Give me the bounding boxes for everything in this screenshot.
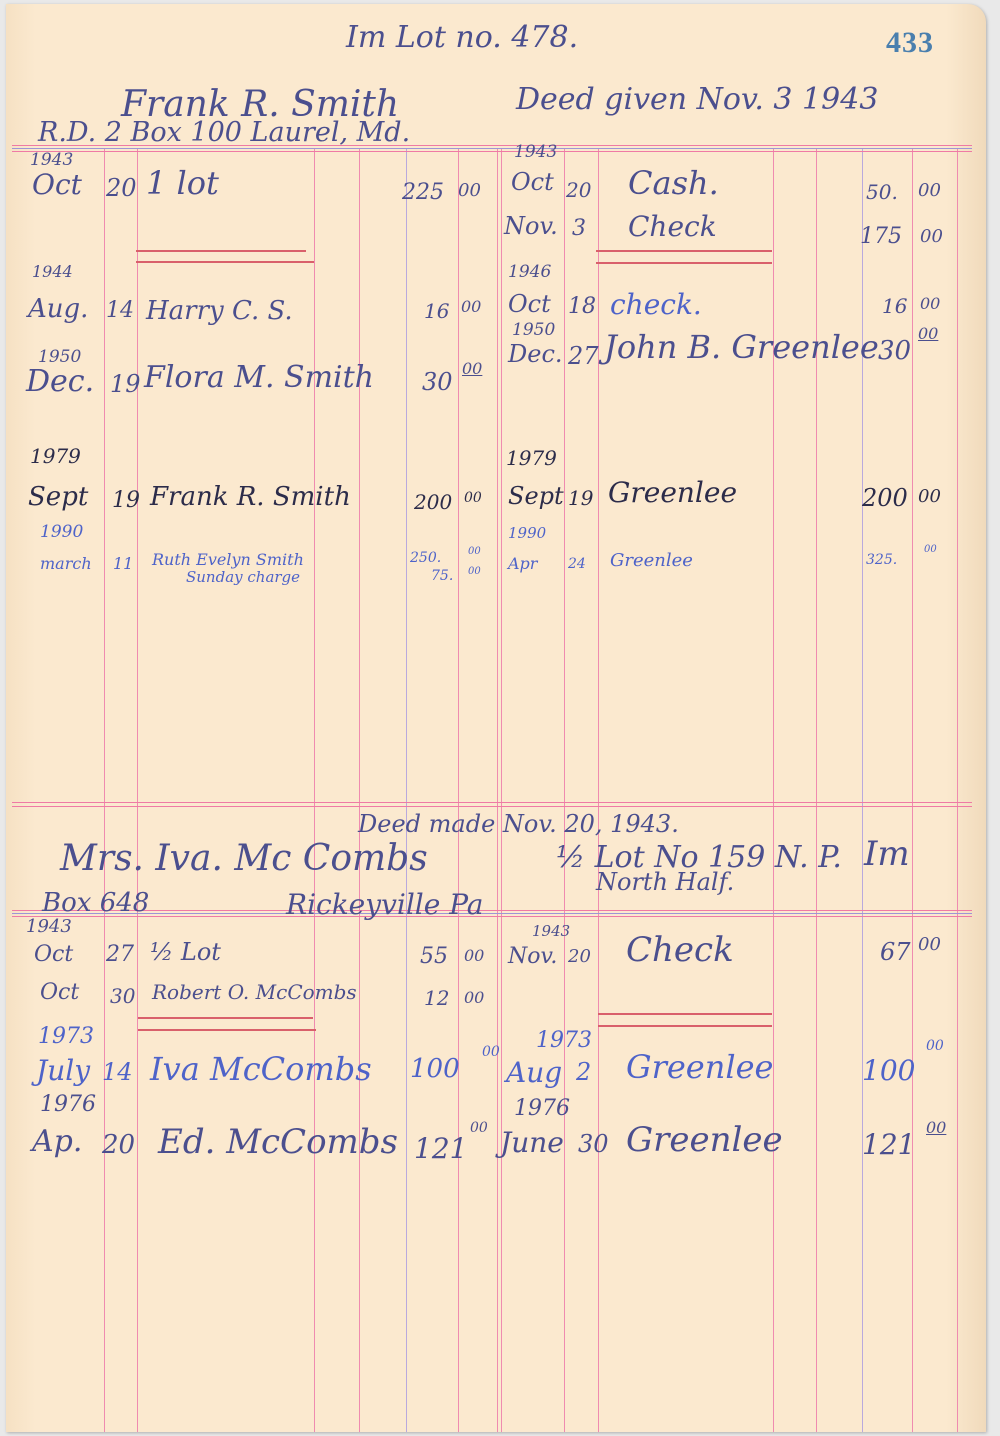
total-rule xyxy=(136,250,306,252)
entry-day: 27 xyxy=(106,942,134,967)
entry-description: Ed. McCombs xyxy=(158,1122,398,1162)
entry-amount: 225 xyxy=(402,180,444,205)
entry-description: Check xyxy=(626,930,734,970)
entry-cents: 00 xyxy=(458,180,481,201)
entry-amount: 16 xyxy=(424,299,449,323)
entry-day: 24 xyxy=(568,556,586,572)
entry-month: Apr xyxy=(508,554,537,573)
total-rule xyxy=(598,1013,772,1015)
entry-year: 1979 xyxy=(30,444,81,468)
entry-amount: 250. xyxy=(410,550,441,566)
entry-day: 19 xyxy=(112,488,140,513)
entry-year: 1943 xyxy=(514,142,557,162)
entry-amount: 200 xyxy=(862,484,908,512)
entry-cents: 00 xyxy=(924,544,937,555)
entry-amount: 30 xyxy=(422,368,453,396)
entry-month: Oct xyxy=(511,168,554,196)
entry-year: 1950 xyxy=(512,320,555,340)
entry-year: 1943 xyxy=(26,916,72,937)
entry-day: 19 xyxy=(110,370,141,398)
entry-cents: 00 xyxy=(926,1118,946,1137)
entry-month: Aug xyxy=(506,1056,562,1089)
entry-description: ½ Lot xyxy=(150,938,221,966)
entry-cents: 00 xyxy=(918,486,941,507)
lot-label: Im Lot no. 478. xyxy=(346,20,578,55)
entry-cents: 00 xyxy=(462,359,482,378)
entry-year: 1973 xyxy=(38,1024,94,1049)
owner-name: Mrs. Iva. Mc Combs xyxy=(60,838,428,879)
entry-month: march xyxy=(40,554,92,573)
entry-month: Oct xyxy=(34,942,73,967)
entry-description: Frank R. Smith xyxy=(150,482,351,512)
entry-month: Sept xyxy=(508,482,564,510)
entry-year: 1976 xyxy=(40,1092,96,1117)
entry-day: 14 xyxy=(102,1058,133,1086)
entry-day: 14 xyxy=(106,298,134,323)
entry-cents: 00 xyxy=(920,294,940,313)
entry-amount: 16 xyxy=(882,294,907,318)
entry-amount: 175 xyxy=(860,224,902,249)
entry-day: 18 xyxy=(568,294,596,319)
entry-description: Greenlee xyxy=(610,550,693,571)
entry-month: Sept xyxy=(28,482,88,512)
entry-month: Oct xyxy=(508,290,551,318)
entry-cents: 00 xyxy=(918,934,941,955)
entry-cents: 00 xyxy=(461,297,481,316)
entry-year: 1943 xyxy=(30,150,73,170)
entry-year: 1943 xyxy=(532,922,570,940)
entry-day: 19 xyxy=(568,486,593,510)
entry-description: Greenlee xyxy=(608,476,737,509)
entry-description: Cash. xyxy=(628,164,719,202)
entry-month: Oct xyxy=(40,980,79,1005)
entry-amount: 121 xyxy=(414,1132,467,1165)
entry-amount: 100 xyxy=(862,1054,915,1087)
entry-description: Greenlee xyxy=(626,1120,783,1160)
entry-cents-2: 00 xyxy=(468,566,481,577)
entry-cents: 00 xyxy=(468,546,481,557)
entry-year: 1946 xyxy=(508,262,551,282)
entry-cents: 00 xyxy=(464,988,484,1007)
entry-description-2: Sunday charge xyxy=(186,568,300,586)
entry-day: 30 xyxy=(578,1130,609,1158)
entry-amount-2: 75. xyxy=(431,568,453,584)
entry-description: check. xyxy=(610,288,702,321)
entry-cents: 00 xyxy=(926,1038,944,1054)
entry-cents: 00 xyxy=(918,324,938,343)
entry-amount: 12 xyxy=(424,986,449,1010)
entry-day: 20 xyxy=(106,174,137,202)
entry-month: Nov. xyxy=(508,944,557,969)
entry-cents: 00 xyxy=(464,946,484,965)
entry-year: 1990 xyxy=(40,522,83,542)
entry-amount: 50. xyxy=(866,180,898,204)
entry-day: 11 xyxy=(113,554,133,573)
entry-description: Harry C. S. xyxy=(146,296,293,326)
total-rule xyxy=(138,1017,313,1019)
deed-note: Deed given Nov. 3 1943 xyxy=(516,82,878,117)
entry-month: Aug. xyxy=(28,294,88,324)
entry-cents: 00 xyxy=(918,180,941,201)
entry-amount: 200 xyxy=(414,490,452,514)
total-rule xyxy=(596,262,772,264)
entry-day: 20 xyxy=(102,1130,135,1160)
entry-description: Greenlee xyxy=(626,1048,773,1086)
entry-cents: 00 xyxy=(464,490,482,506)
entry-description: Iva McCombs xyxy=(150,1050,372,1088)
entry-description: John B. Greenlee xyxy=(604,328,879,366)
header-rule-2 xyxy=(12,910,972,918)
entry-month: Nov. xyxy=(504,212,558,240)
total-rule xyxy=(596,250,772,252)
entry-cents: 00 xyxy=(920,226,943,247)
entry-description: Flora M. Smith xyxy=(144,360,374,395)
entry-day: 27 xyxy=(568,342,599,370)
entry-year: 1944 xyxy=(32,262,73,281)
owner-address: R.D. 2 Box 100 Laurel, Md. xyxy=(38,117,410,148)
entry-description: Robert O. McCombs xyxy=(152,980,357,1004)
owner-address-city: Rickeyville Pa xyxy=(286,888,484,921)
entry-year: 1973 xyxy=(536,1028,592,1053)
entry-month: Ap. xyxy=(32,1124,82,1159)
entry-month: June xyxy=(500,1126,564,1159)
entry-year: 1976 xyxy=(514,1096,570,1121)
entry-day: 30 xyxy=(110,984,135,1008)
lot-sub: North Half. xyxy=(596,868,734,896)
ledger-page: 433 Im Lot no. 478. Frank R. Smith Deed … xyxy=(6,4,986,1432)
entry-cents: 00 xyxy=(470,1120,488,1136)
entry-amount: 325. xyxy=(866,552,897,568)
initials: Im xyxy=(864,834,910,874)
entry-year: 1979 xyxy=(506,446,557,470)
entry-day: 2 xyxy=(576,1058,591,1086)
entry-day: 20 xyxy=(566,178,591,202)
deed-note: Deed made Nov. 20, 1943. xyxy=(358,810,679,838)
entry-amount: 55 xyxy=(420,944,448,969)
section-divider-rule xyxy=(12,802,972,810)
entry-month: July xyxy=(36,1054,90,1087)
entry-amount: 30 xyxy=(878,336,911,366)
total-rule xyxy=(136,261,314,263)
owner-address-box: Box 648 xyxy=(42,888,149,918)
page-number: 433 xyxy=(886,26,934,60)
entry-description: Check xyxy=(628,210,717,243)
entry-month: Oct xyxy=(32,168,82,201)
entry-cents: 00 xyxy=(482,1044,500,1060)
total-rule xyxy=(138,1029,316,1031)
entry-amount: 121 xyxy=(862,1128,915,1161)
entry-month: Dec. xyxy=(508,340,563,368)
entry-amount: 67 xyxy=(880,938,911,966)
entry-day: 20 xyxy=(568,946,591,967)
entry-month: Dec. xyxy=(26,364,94,399)
entry-amount: 100 xyxy=(410,1054,460,1084)
entry-day: 3 xyxy=(572,216,586,241)
total-rule xyxy=(598,1025,772,1027)
entry-year: 1990 xyxy=(508,524,546,542)
entry-description: 1 lot xyxy=(146,164,219,202)
entry-description: Ruth Evelyn Smith xyxy=(152,550,304,569)
